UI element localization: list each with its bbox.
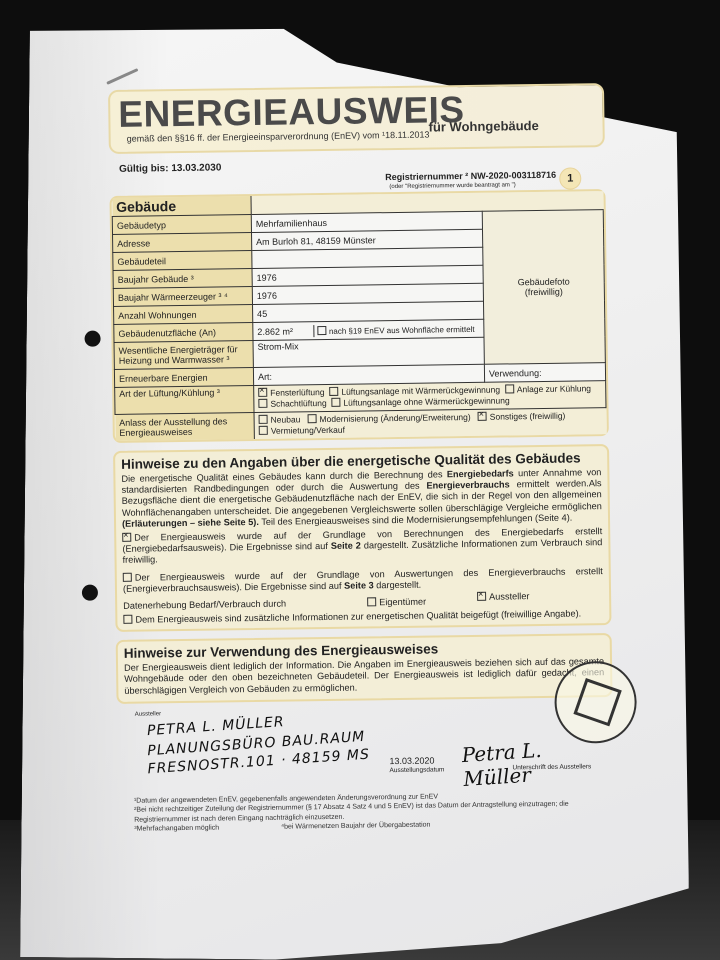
checkbox-modernization[interactable] — [307, 414, 316, 423]
checkbox-new-build[interactable] — [259, 415, 268, 424]
footnote-text: ⁴bei Wärmenetzen Baujahr der Übergabesta… — [281, 822, 430, 831]
option-label: Lüftungsanlage ohne Wärmerückgewinnung — [343, 395, 509, 407]
stamp-emblem-icon — [573, 678, 621, 726]
footnotes: ¹Datum der angewendeten EnEV, gegebenenf… — [118, 790, 614, 835]
reason-options: Neubau Modernisierung (Änderung/Erweiter… — [254, 408, 606, 439]
text: Energieverbrauchs — [426, 480, 509, 491]
field-label: Art der Lüftung/Kühlung ³ — [115, 385, 254, 414]
registration-note: (oder "Registriernummer wurde beantragt … — [389, 182, 515, 190]
checkbox-owner[interactable] — [367, 597, 376, 606]
footnote-text: ³Mehrfachangaben möglich — [134, 825, 219, 833]
valid-until: Gültig bis: 13.03.2030 — [119, 162, 221, 174]
photo-note: (freiwillig) — [488, 286, 600, 298]
checkbox-cooling[interactable] — [505, 384, 514, 393]
issue-date: 13.03.2020 — [389, 755, 434, 766]
option-label: Aussteller — [489, 591, 529, 602]
option-label: Schachtlüftung — [270, 398, 326, 409]
field-label: Anzahl Wohnungen — [114, 305, 253, 325]
area-option-label: nach §19 EnEV aus Wohnfläche ermittelt — [329, 324, 475, 335]
field-label: Gebäudeteil — [113, 251, 252, 271]
quality-notes-section: Hinweise zu den Angaben über die energet… — [113, 444, 611, 632]
option-demand-certificate: Der Energieausweis wurde auf der Grundla… — [116, 526, 608, 566]
issuer-block: Aussteller PETRA L. MÜLLER PLANUNGSBÜRO … — [117, 697, 614, 789]
field-label: Baujahr Gebäude ³ — [113, 269, 252, 289]
building-table: Gebäude Gebäudetyp Mehrfamilienhaus Gebä… — [112, 191, 607, 441]
option-consumption-certificate: Der Energieausweis wurde auf der Grundla… — [117, 566, 609, 595]
text: Seite 2 — [331, 541, 361, 551]
option-label: Anlage zur Kühlung — [517, 383, 591, 394]
field-usable-area: 2.862 m² — [253, 325, 314, 338]
page-number-badge: 1 — [559, 167, 581, 189]
text: (Erläuterungen – siehe Seite 5). — [122, 517, 259, 529]
building-section: Gebäude Gebäudetyp Mehrfamilienhaus Gebä… — [109, 189, 608, 443]
field-renewable-use: Verwendung: — [484, 363, 605, 383]
section-heading: Gebäude — [112, 196, 251, 216]
issuer-label: Aussteller — [135, 711, 161, 717]
text: Energiebedarfs — [447, 468, 514, 479]
building-type-title: für Wohngebäude — [428, 118, 538, 135]
registration-number: Registriernummer ² NW-2020-003118716 — [385, 170, 556, 182]
area-option-checkbox[interactable] — [317, 325, 326, 334]
option-label: Modernisierung (Änderung/Erweiterung) — [319, 412, 470, 424]
issue-date-label: Ausstellungsdatum — [389, 766, 444, 774]
quality-notes-intro: Die energetische Qualität eines Gebäudes… — [115, 467, 608, 530]
title-box: ENERGIEAUSWEIS gemäß den §§16 ff. der En… — [108, 83, 605, 154]
field-energy-carrier: Strom-Mix — [253, 337, 484, 367]
option-label: Neubau — [271, 414, 301, 424]
signature-label: Unterschrift des Ausstellers — [512, 763, 591, 771]
energy-certificate: ENERGIEAUSWEIS gemäß den §§16 ff. der En… — [108, 83, 614, 835]
checkbox-issuer[interactable] — [477, 592, 486, 601]
usage-notes-section: Hinweise zur Verwendung des Energieauswe… — [116, 633, 613, 704]
data-collection-label: Datenerhebung Bedarf/Verbrauch durch — [123, 599, 286, 611]
punch-hole — [82, 585, 98, 601]
field-label: Anlass der Ausstellung des Energieauswei… — [115, 412, 254, 440]
building-photo-placeholder: Gebäudefoto (freiwillig) — [482, 210, 605, 365]
checkbox-rent-sale[interactable] — [259, 426, 268, 435]
checkbox-other[interactable] — [478, 412, 487, 421]
checkbox-demand-certificate[interactable] — [122, 533, 131, 542]
text: Seite 3 — [344, 580, 374, 590]
field-label: Gebäudetyp — [112, 215, 251, 235]
option-label: Eigentümer — [379, 597, 426, 608]
punch-hole — [84, 331, 100, 347]
field-label: Erneuerbare Energien — [114, 367, 253, 387]
field-label: Baujahr Wärmeerzeuger ³ ⁴ — [113, 287, 252, 307]
issuer-option: Aussteller — [477, 591, 529, 603]
option-label: Vermietung/Verkauf — [271, 425, 345, 436]
owner-option: Eigentümer — [367, 597, 426, 609]
usage-notes-text: Der Energieausweis dient lediglich der I… — [118, 656, 610, 696]
text: dargestellt. — [374, 580, 422, 591]
field-label: Gebäudenutzfläche (An) — [114, 323, 253, 343]
option-label: Fensterlüftung — [270, 387, 324, 398]
checkbox-ventilation-without-recovery[interactable] — [331, 398, 340, 407]
checkbox-consumption-certificate[interactable] — [123, 572, 132, 581]
field-label: Adresse — [113, 233, 252, 253]
field-label: Wesentliche Energieträger für Heizung un… — [114, 340, 253, 369]
option-label: Sonstiges (freiwillig) — [490, 411, 566, 422]
checkbox-additional-info[interactable] — [123, 615, 132, 624]
checkbox-ventilation-with-recovery[interactable] — [329, 387, 338, 396]
checkbox-shaft-ventilation[interactable] — [258, 399, 267, 408]
checkbox-window-ventilation[interactable] — [258, 388, 267, 397]
